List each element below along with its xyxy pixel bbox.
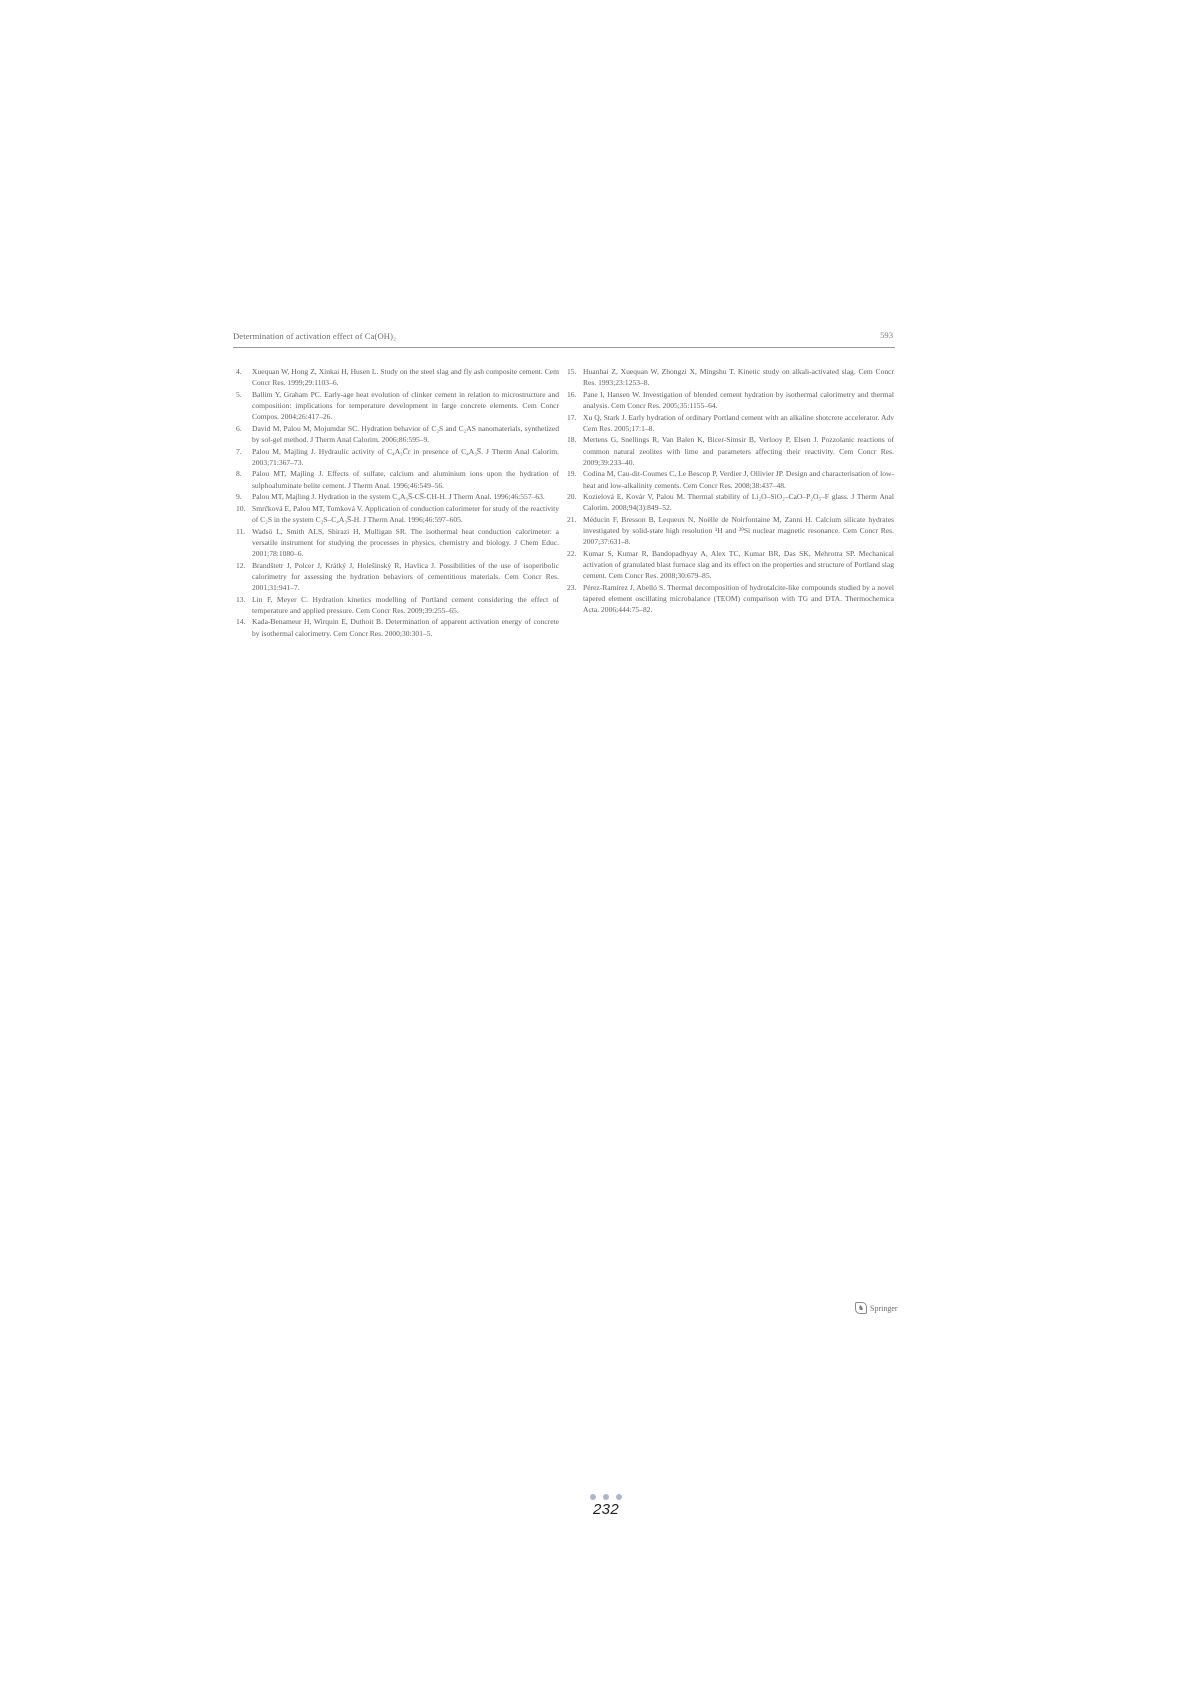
reference-text: Wadsö L, Smith ALS, Shirazi H, Mulligan … xyxy=(252,527,559,558)
reference-item: 21.Méducin F, Bresson B, Lequeux N, Noël… xyxy=(567,514,894,548)
reference-text: Huanhai Z, Xuequan W, Zhongzi X, Mingshu… xyxy=(583,367,894,387)
reference-item: 13.Lin F, Meyer C. Hydration kinetics mo… xyxy=(236,594,559,616)
journal-page-number: 593 xyxy=(880,330,893,340)
reference-text: Pane I, Hansen W. Investigation of blend… xyxy=(583,390,894,410)
reference-item: 14.Kada-Benameur H, Wirquin E, Duthoit B… xyxy=(236,616,559,638)
reference-number: 14. xyxy=(236,616,250,627)
reference-number: 4. xyxy=(236,366,250,377)
reference-item: 6.David M, Palou M, Mojumdar SC. Hydrati… xyxy=(236,423,559,445)
reference-text: David M, Palou M, Mojumdar SC. Hydration… xyxy=(252,424,559,444)
page-header: Determination of activation effect of Ca… xyxy=(233,329,895,348)
reference-item: 22.Kumar S, Kumar R, Bandopadhyay A, Ale… xyxy=(567,548,894,582)
reference-number: 22. xyxy=(567,548,581,559)
reference-item: 16.Pane I, Hansen W. Investigation of bl… xyxy=(567,389,894,411)
reference-item: 12.Brandštetr J, Polcer J, Krátký J, Hol… xyxy=(236,560,559,594)
reference-text: Smrčková E, Palou MT, Tomková V. Applica… xyxy=(252,504,559,524)
reference-item: 10.Smrčková E, Palou MT, Tomková V. Appl… xyxy=(236,503,559,525)
springer-horse-icon: ♞ xyxy=(855,1302,867,1314)
dot-icon xyxy=(590,1494,596,1500)
reference-text: Pérez-Ramírez J, Abelló S. Thermal decom… xyxy=(583,583,894,614)
reference-text: Kozielová E, Kovár V, Palou M. Thermal s… xyxy=(583,492,894,512)
viewer-page-indicator: 232 xyxy=(581,1494,631,1518)
reference-number: 12. xyxy=(236,560,250,571)
reference-number: 10. xyxy=(236,503,250,514)
reference-number: 18. xyxy=(567,434,581,445)
page-dots[interactable] xyxy=(581,1494,631,1500)
publisher-name: Springer xyxy=(870,1304,898,1313)
reference-text: Kada-Benameur H, Wirquin E, Duthoit B. D… xyxy=(252,617,559,637)
reference-item: 18.Mertens G, Snellings R, Van Balen K, … xyxy=(567,434,894,468)
references-right-column: 15.Huanhai Z, Xuequan W, Zhongzi X, Ming… xyxy=(567,366,894,616)
reference-text: Kumar S, Kumar R, Bandopadhyay A, Alex T… xyxy=(583,549,894,580)
reference-text: Palou MT, Majling J. Hydration in the sy… xyxy=(252,492,545,501)
reference-text: Mertens G, Snellings R, Van Balen K, Bic… xyxy=(583,435,894,466)
reference-number: 6. xyxy=(236,423,250,434)
reference-text: Xu Q, Stark J. Early hydration of ordina… xyxy=(583,413,894,433)
reference-number: 8. xyxy=(236,468,250,479)
reference-number: 21. xyxy=(567,514,581,525)
dot-icon xyxy=(616,1494,622,1500)
reference-number: 7. xyxy=(236,446,250,457)
reference-number: 17. xyxy=(567,412,581,423)
reference-number: 5. xyxy=(236,389,250,400)
reference-item: 9.Palou MT, Majling J. Hydration in the … xyxy=(236,491,559,502)
reference-text: Brandštetr J, Polcer J, Krátký J, Holeši… xyxy=(252,561,559,592)
reference-item: 15.Huanhai Z, Xuequan W, Zhongzi X, Ming… xyxy=(567,366,894,388)
reference-item: 17.Xu Q, Stark J. Early hydration of ord… xyxy=(567,412,894,434)
reference-item: 20.Kozielová E, Kovár V, Palou M. Therma… xyxy=(567,491,894,513)
reference-text: Codina M, Cau-dit-Coumes C, Le Bescop P,… xyxy=(583,469,894,489)
publisher-mark: ♞ Springer xyxy=(855,1302,898,1314)
reference-text: Palou M, Majling J. Hydraulic activity o… xyxy=(252,447,559,467)
reference-number: 19. xyxy=(567,468,581,479)
reference-item: 5.Ballim Y, Graham PC. Early-age heat ev… xyxy=(236,389,559,423)
reference-text: Palou MT, Majling J. Effects of sulfate,… xyxy=(252,469,559,489)
reference-number: 9. xyxy=(236,491,250,502)
reference-item: 8.Palou MT, Majling J. Effects of sulfat… xyxy=(236,468,559,490)
reference-number: 16. xyxy=(567,389,581,400)
reference-item: 19.Codina M, Cau-dit-Coumes C, Le Bescop… xyxy=(567,468,894,490)
reference-number: 11. xyxy=(236,526,250,537)
dot-icon xyxy=(603,1494,609,1500)
reference-item: 4.Xuequan W, Hong Z, Xinkai H, Husen L. … xyxy=(236,366,559,388)
reference-number: 15. xyxy=(567,366,581,377)
reference-number: 13. xyxy=(236,594,250,605)
reference-number: 23. xyxy=(567,582,581,593)
reference-text: Lin F, Meyer C. Hydration kinetics model… xyxy=(252,595,559,615)
viewer-page-number: 232 xyxy=(581,1501,631,1518)
reference-item: 7.Palou M, Majling J. Hydraulic activity… xyxy=(236,446,559,468)
reference-item: 11.Wadsö L, Smith ALS, Shirazi H, Mullig… xyxy=(236,526,559,560)
reference-text: Xuequan W, Hong Z, Xinkai H, Husen L. St… xyxy=(252,367,559,387)
reference-number: 20. xyxy=(567,491,581,502)
reference-item: 23.Pérez-Ramírez J, Abelló S. Thermal de… xyxy=(567,582,894,616)
reference-text: Méducin F, Bresson B, Lequeux N, Noëlle … xyxy=(583,515,894,546)
running-title: Determination of activation effect of Ca… xyxy=(233,331,396,341)
references-left-column: 4.Xuequan W, Hong Z, Xinkai H, Husen L. … xyxy=(236,366,559,639)
reference-text: Ballim Y, Graham PC. Early-age heat evol… xyxy=(252,390,559,421)
